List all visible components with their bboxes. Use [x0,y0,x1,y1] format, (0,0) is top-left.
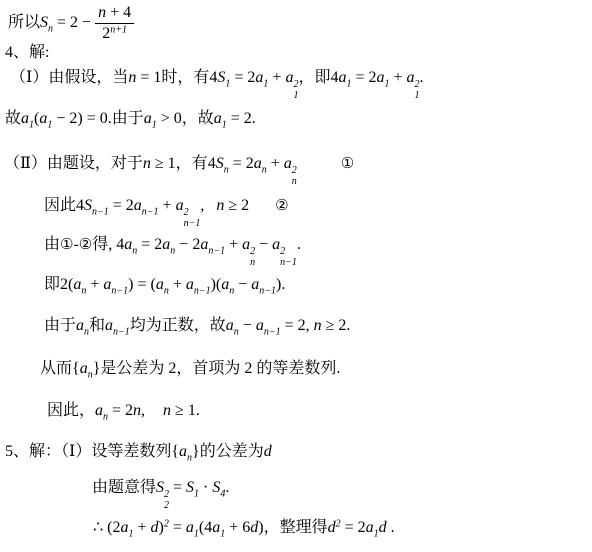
p4-part1-step2: 故a1(a1 − 2) = 0.由于a1 > 0，故a1 = 2. [5,108,256,130]
p4-part2-step1: （Ⅱ）由题设，对于n ≥ 1，有4Sn = 2an + a2n① [4,152,354,187]
p4-part2-step2: 因此4Sn−1 = 2an−1 + a2n−1, n ≥ 2② [44,194,289,229]
p4-part2-step7: 因此，an = 2n,n ≥ 1. [47,400,200,422]
fraction: n + 42n+1 [95,3,134,44]
p4-part2-step6: 从而{an}是公差为 2，首项为 2 的等差数列. [40,358,340,380]
formula-sn-result: 所以Sn = 2 − n + 42n+1 [8,3,134,44]
problem-4-label: 4、解: [5,42,49,64]
problem-5-header: 5、解：（Ⅰ）设等差数列{an}的公差为d [5,441,272,463]
math-solution-document: 所以Sn = 2 − n + 42n+1 4、解: （Ⅰ）由假设，当n = 1时… [0,0,592,552]
p5-part1-step1: 由题意得S22 = S1 · S4. [92,477,229,511]
p4-part2-step3: 由①-②得, 4an = 2an − 2an−1 + a2n − a2n−1. [44,233,301,268]
p5-part1-step2: ∴ (2a1 + d)2 = a1(4a1 + 6d)，整理得d2 = 2a1d… [93,517,395,539]
p4-part2-step4: 即2(an + an−1) = (an + an−1)(an − an−1). [44,274,285,296]
p4-part1-step1: （Ⅰ）由假设，当n = 1时，有4S1 = 2a1 + a21，即4a1 = 2… [10,67,424,101]
p4-part2-step5: 由于an和an−1均为正数，故an − an−1 = 2, n ≥ 2. [44,315,350,337]
